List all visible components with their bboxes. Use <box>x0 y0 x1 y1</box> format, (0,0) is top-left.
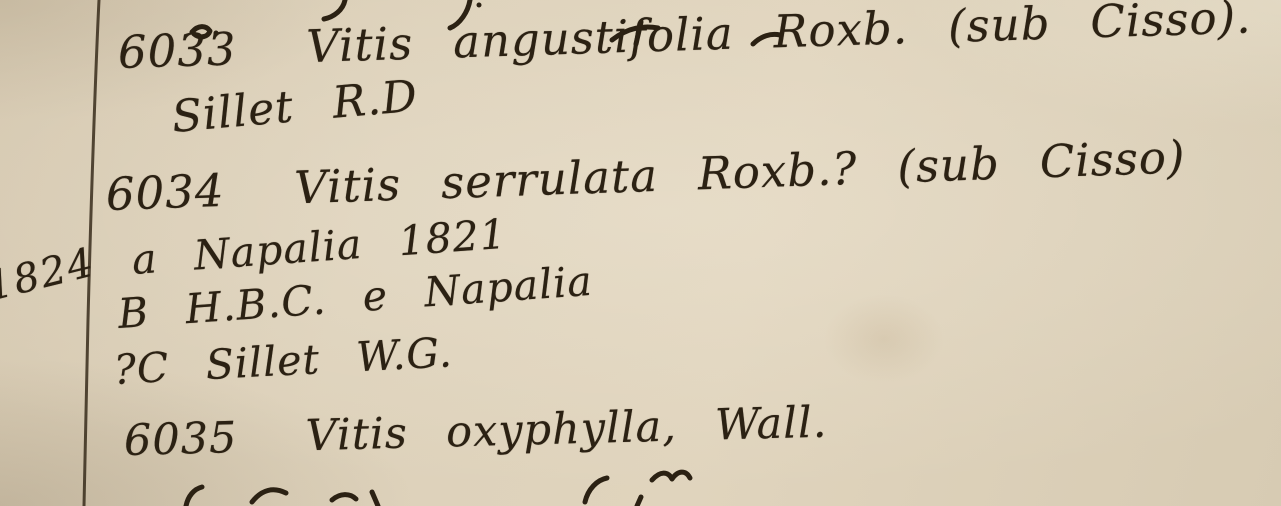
manuscript-page: 1824 6033 Vitis angustifolia Roxb. (sub … <box>0 0 1281 506</box>
entry-number-6035: 6035 <box>123 413 238 466</box>
cutoff-strokes-bottom <box>186 472 690 506</box>
entry-number-6033: 6033 <box>117 22 237 79</box>
entry-number-6034: 6034 <box>105 164 225 221</box>
